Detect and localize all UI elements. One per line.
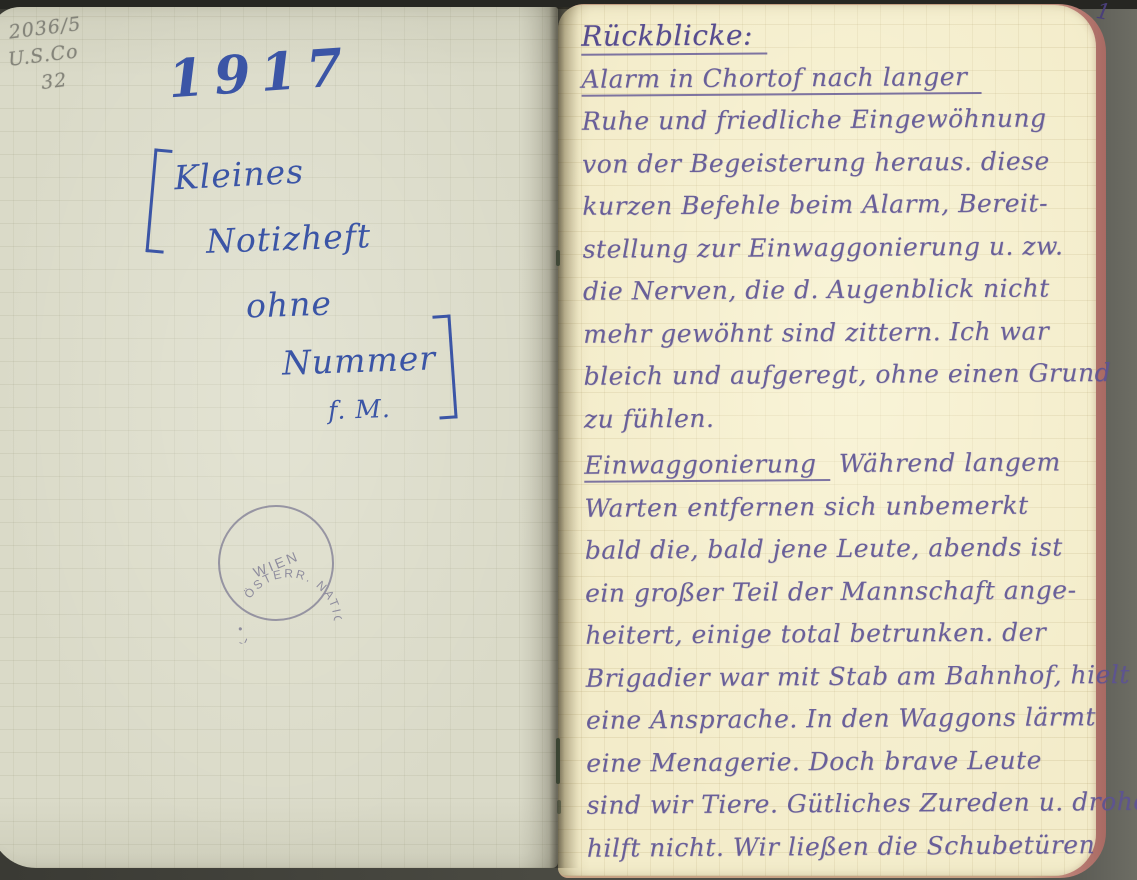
handwriting-lines: Rückblicke:Alarm in Chortof nach langerR… [581, 12, 1087, 869]
handwriting-line: bleich und aufgeregt, ohne einen Grund [583, 352, 1083, 398]
handwriting-line: Rückblicke: [581, 12, 1081, 58]
handwriting-segment: ein großer Teil der Mannschaft ange- [585, 575, 1077, 607]
handwriting-line: bald die, bald jene Leute, abends ist [585, 526, 1085, 572]
initials-note: f. M. [328, 394, 392, 425]
handwriting-line: mehr gewöhnt sind zittern. Ich war [583, 310, 1083, 356]
handwriting-segment: bleich und aufgeregt, ohne einen Grund [583, 358, 1111, 391]
library-stamp: ÖSTERR. NATIONALBIBLIOTHEK • WIEN [191, 478, 361, 648]
handwriting-line: zu fühlen. [584, 395, 1084, 441]
handwriting-line: Einwaggonierung Während langem [584, 441, 1084, 487]
year-inscription: 1917 [166, 37, 355, 111]
handwriting-line: Brigadier war mit Stab am Bahnhof, hielt [586, 654, 1086, 700]
handwriting-line: ein großer Teil der Mannschaft ange- [585, 569, 1085, 615]
handwriting-underlined-segment: Rückblicke: [581, 18, 767, 55]
handwriting-underlined-segment: Einwaggonierung [584, 449, 830, 483]
notebook-scan: 2036/5 U.S.Co 32 1917 Kleines Notizheft … [0, 0, 1137, 880]
handwriting-line: heitert, einige total betrunken. der [585, 611, 1085, 657]
archival-pencil-annotation: 2036/5 U.S.Co 32 [7, 11, 89, 100]
library-stamp-graphic: ÖSTERR. NATIONALBIBLIOTHEK • WIEN [191, 478, 361, 648]
handwriting-line: hilft nicht. Wir ließen die Schubetüren [587, 824, 1087, 870]
handwriting-segment: Ruhe und friedliche Eingewöhnung [582, 104, 1047, 136]
handwriting-segment: Warten entfernen sich unbemerkt [584, 490, 1028, 522]
handwriting-line: kurzen Befehle beim Alarm, Bereit- [582, 182, 1082, 228]
handwriting-segment: kurzen Befehle beim Alarm, Bereit- [582, 189, 1048, 221]
handwriting-line: sind wir Tiere. Gütliches Zureden u. dro… [586, 781, 1086, 827]
handwriting-line: eine Ansprache. In den Waggons lärmt [586, 696, 1086, 742]
closing-bracket-stroke [432, 314, 457, 419]
bracket-note-line: Notizheft [205, 216, 371, 261]
handwriting-segment: zu fühlen. [584, 403, 715, 433]
binding-stitch [556, 250, 560, 266]
handwriting-segment: die Nerven, die d. Augenblick nicht [583, 273, 1050, 305]
left-page: 2036/5 U.S.Co 32 1917 Kleines Notizheft … [0, 7, 558, 868]
handwriting-segment: eine Ansprache. In den Waggons lärmt [586, 702, 1096, 735]
handwriting-line: die Nerven, die d. Augenblick nicht [583, 267, 1083, 313]
bracket-note-line: ohne [245, 284, 332, 326]
handwriting-line: eine Menagerie. Doch brave Leute [586, 739, 1086, 785]
handwriting-line: Warten entfernen sich unbemerkt [584, 484, 1084, 530]
page-corner-mark: 1 [1094, 0, 1112, 26]
binding-stitch [556, 738, 560, 784]
handwriting-line: Ruhe und friedliche Eingewöhnung [582, 97, 1082, 143]
handwriting-line: Alarm in Chortof nach langer [581, 55, 1081, 101]
handwriting-segment: stellung zur Einwaggonierung u. zw. [583, 231, 1064, 263]
opening-bracket-stroke [146, 148, 173, 253]
handwriting-underlined-segment: Alarm in Chortof nach langer [581, 61, 981, 96]
handwriting-segment: bald die, bald jene Leute, abends ist [585, 532, 1063, 564]
bracket-note-line: Kleines [173, 152, 305, 198]
bracket-note-line: Nummer [281, 338, 436, 382]
handwriting-segment: sind wir Tiere. Gütliches Zureden u. dro… [586, 787, 1137, 820]
svg-text:ÖSTERR. NATIONALBIBLIOTHEK •: ÖSTERR. NATIONALBIBLIOTHEK • [221, 555, 357, 648]
handwriting-segment: Während langem [830, 447, 1060, 478]
pencil-number: 32 [40, 64, 90, 97]
handwriting-segment: eine Menagerie. Doch brave Leute [586, 745, 1042, 777]
handwriting-segment: mehr gewöhnt sind zittern. Ich war [583, 316, 1049, 348]
binding-stitch [557, 800, 561, 814]
handwriting-segment: hilft nicht. Wir ließen die Schubetüren [587, 830, 1096, 863]
handwriting-segment: Brigadier war mit Stab am Bahnhof, hielt [586, 659, 1130, 692]
handwriting-segment: heitert, einige total betrunken. der [585, 618, 1046, 650]
handwriting-line: stellung zur Einwaggonierung u. zw. [583, 225, 1083, 271]
handwriting-segment: von der Begeisterung heraus. diese [582, 146, 1050, 178]
handwriting-line: von der Begeisterung heraus. diese [582, 140, 1082, 186]
